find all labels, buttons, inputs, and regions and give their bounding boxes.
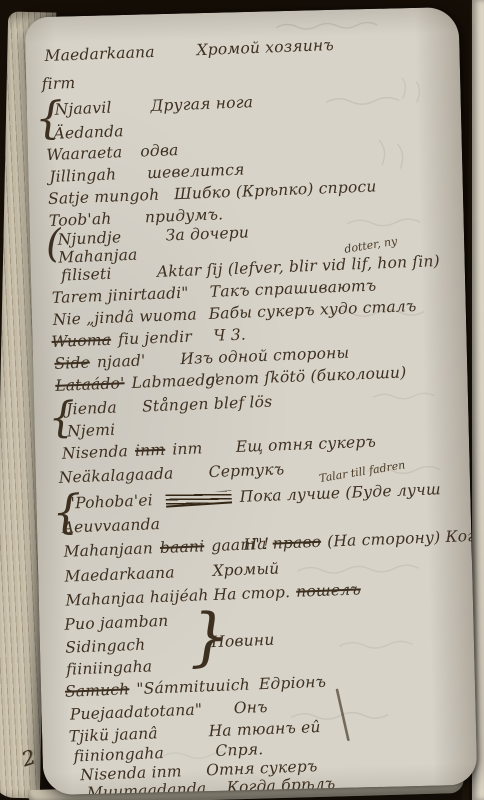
struck-word: inm (135, 441, 166, 460)
latin-word: filiseti (61, 265, 112, 285)
manuscript-line: fiiniingaha (66, 657, 160, 679)
translation-text: За дочери (165, 223, 255, 244)
brace-mark: { (48, 396, 76, 439)
translation-text: Aktar ſij (lefver, blir vid lif, hon ſin… (157, 252, 447, 281)
translation-word: За дочери (165, 223, 249, 244)
translation-word: Пока лучше (Буде лучш (239, 480, 441, 506)
translation-word: Едріонъ (259, 673, 327, 694)
translation-word: Stången blef lös (142, 393, 273, 416)
manuscript-line: filisetiAktar ſij (lefver, blir vid lif,… (61, 264, 119, 284)
latin-word: Mahanjaan (63, 539, 153, 560)
latin-word: Puejaadatotana" (70, 701, 203, 724)
translation-text: Ч 3. (213, 325, 252, 344)
latin-word: fiu jendir (118, 328, 192, 349)
translation-word: Бабы сукеръ худо сталъ (208, 297, 417, 323)
translation-word: На (243, 535, 267, 554)
manuscript-line: firm (41, 74, 82, 94)
latin-word: njaad' (97, 351, 146, 371)
manuscript-line: Lataádo'Labmaedo'genom ſkötö (биколоши) (55, 370, 227, 395)
translation-word: Онъ (233, 698, 268, 717)
latin-word: Maedarkaana (44, 43, 155, 65)
translation-word: Изъ одной стороны (180, 344, 350, 368)
struck-word: baani (160, 537, 205, 557)
translation-text: Спря. (215, 740, 270, 760)
latin-word: "Sámmituuich (136, 676, 250, 698)
translation-word: Ч 3. (213, 326, 246, 345)
manuscript-line: Samuch"SámmituuichЕдріонъ (65, 675, 258, 700)
translation-word: шевелится (147, 160, 245, 182)
latin-word: Nie „jindâ wuoma (52, 305, 197, 329)
manuscript-line: Tjikü jaanâНа тюанъ еи̂ (68, 724, 165, 746)
manuscript-line: SidingachНовини (65, 635, 153, 656)
translation-word: На тюанъ еи̂ (208, 718, 321, 740)
latin-word: fiiniongaha (73, 744, 164, 765)
latin-word: Jillingah (49, 165, 117, 186)
translation-word: Шибко (Крѣпко) спроси (174, 177, 377, 203)
translation-text: Онъ (233, 698, 274, 718)
manuscript-line: Mahanjaa (58, 245, 145, 266)
translation-text: придумъ. (145, 205, 230, 226)
latin-word: Waaraeta (46, 143, 123, 164)
struck-word: Samuch (65, 680, 130, 700)
translation-word: Другая нога (150, 93, 253, 115)
translation-text: На тюанъ еи̂ (208, 718, 327, 741)
translation-text: одва (140, 141, 185, 161)
latin-word: Tjikü jaanâ (68, 724, 158, 745)
manuscript-line: Satje mungohШибко (Крѣпко) спроси (48, 185, 167, 208)
translation-text: Пока лучше (Буде лучш (165, 480, 447, 509)
manuscript-line: Wuomafiu jendirЧ 3. (51, 327, 199, 351)
manuscript-line: MaedarkaanaХромой хозяинъ (44, 43, 162, 65)
translation-text: Хромый (212, 559, 286, 580)
struck-word: пошелъ (296, 580, 361, 600)
translation-word: одва (140, 141, 179, 160)
manuscript-line: Äedanda (53, 122, 131, 143)
brace-mark: { (34, 96, 64, 141)
translation-word: genom ſkötö (биколоши) (205, 363, 407, 389)
manuscript-line: "Pohoba'eiПока лучше (Буде лучш (67, 491, 160, 513)
manuscript-line: Puo jaamban (64, 611, 176, 633)
translation-text: Хромой хозяинъ (196, 36, 340, 59)
manuscript-line: MaedarkaanaХромый (64, 563, 182, 585)
translation-text: Сертукъ (208, 460, 290, 481)
book-photo: MaedarkaanaХромой хозяинъfirmNjaavilДруг… (0, 0, 484, 800)
brace-mark: ( (45, 225, 62, 265)
latin-word: Njaavil (54, 99, 112, 119)
latin-word: Sidingach (65, 636, 146, 657)
crossed-out-scribble (165, 490, 232, 507)
translation-text: genom ſkötö (биколоши) (205, 363, 413, 389)
translation-text: Изъ одной стороны (180, 343, 356, 368)
manuscript-line: NisendainminmЕщ отня сукеръ (62, 439, 210, 463)
latin-word: Puo jaamban (64, 612, 169, 634)
latin-word: Tarem jinirtaadi" (52, 284, 189, 307)
latin-word: Satje mungoh (48, 186, 160, 208)
translation-word: Ещ отня сукеръ (235, 433, 376, 456)
manuscript-line: Mahanjaanbaanigaani"!Направо(На сторону)… (63, 535, 276, 561)
translation-text: Такъ спрашиваютъ (209, 276, 382, 301)
manuscript-page: MaedarkaanaХромой хозяинъfirmNjaavilДруг… (25, 7, 478, 795)
latin-word: Nisenda (62, 442, 129, 463)
manuscript-line: fiiniongahaСпря. (73, 744, 171, 766)
manuscript-line: Puejaadatotana"Онъ (70, 700, 210, 723)
translation-word: Такъ спрашиваютъ (209, 277, 376, 301)
translation-word: Хромый (212, 559, 280, 580)
manuscript-line: Jillingahшевелится (49, 165, 124, 186)
translation-text: Едріонъ (259, 672, 333, 693)
latin-word: Maedarkaana (64, 563, 175, 585)
translation-text: шевелится (147, 160, 251, 182)
manuscript-line: NjaavilДругая нога (54, 98, 119, 118)
struck-word: Side (54, 354, 90, 373)
superscript-note: dotter, ny (343, 234, 398, 255)
translation-text: Stången blef lös (142, 392, 279, 415)
translation-word: Сертукъ (208, 460, 284, 481)
brace-mark: } (188, 604, 230, 668)
manuscript-line: Nie „jindâ wuomaБабы сукеръ худо сталъ (52, 305, 204, 329)
latin-word: inm (172, 439, 203, 458)
translation-word: Спря. (215, 740, 264, 760)
struck-word: право (272, 533, 321, 553)
translation-word: Хромой хозяинъ (196, 36, 334, 59)
translation-text: Другая нога (150, 93, 259, 115)
manuscript-line: Waaraetaодва (46, 143, 130, 164)
brace-mark: { (51, 488, 82, 535)
translation-text: Шибко (Крѣпко) спроси (174, 177, 383, 203)
manuscript-line: Sidenjaad'Изъ одной стороны (54, 351, 153, 373)
translation-word: Aktar ſij (lefver, blir vid lif, hon ſin… (157, 252, 441, 281)
manuscript-line: Tarem jinirtaadi"Такъ спрашиваютъ (52, 283, 196, 307)
translation-text: На стор.пошелъ (213, 580, 367, 604)
translation-word: (На сторону) Когда (327, 526, 478, 550)
translation-text: Бабы сукеръ худо сталъ (208, 297, 423, 323)
latin-word: fiiniingaha (66, 657, 153, 678)
page-content: MaedarkaanaХромой хозяинъfirmNjaavilДруг… (25, 7, 478, 795)
struck-word: Wuoma (51, 331, 111, 351)
translation-text: Ещ отня сукеръ (235, 432, 382, 456)
latin-word: Mahanjaa (58, 246, 138, 267)
translation-text: Направо(На сторону) Когда (243, 526, 477, 554)
translation-word: придумъ. (145, 205, 224, 226)
latin-word: firm (41, 74, 75, 93)
